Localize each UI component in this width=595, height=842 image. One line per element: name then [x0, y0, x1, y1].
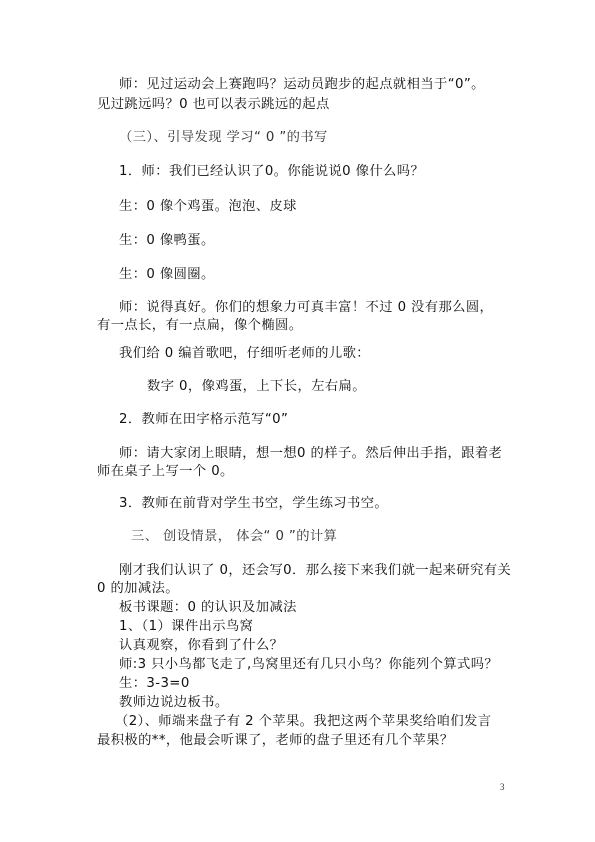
page-number: 3 — [500, 782, 505, 792]
text-line: 认真观察，你看到了什么？ — [119, 638, 283, 654]
text-line: 1、（1）课件出示鸟窝 — [119, 619, 253, 635]
text-line: 刚才我们认识了 0，还会写0．那么接下来我们就一起来研究有关 — [119, 563, 511, 579]
text-line: 3．教师在前背对学生书空，学生练习书空。 — [119, 496, 388, 512]
text-line: 0 的加减法。 — [97, 581, 179, 597]
text-line: 1．师：我们已经认识了0。你能说说0 像什么吗？ — [119, 164, 424, 180]
text-line: 生：3-3=0 — [119, 676, 190, 692]
text-line: 师：见过运动会上赛跑吗？运动员跑步的起点就相当于“0”。 — [119, 77, 485, 93]
text-line: 见过跳远吗？0 也可以表示跳远的起点 — [97, 97, 330, 113]
text-line: 师:3 只小鸟都飞走了,鸟窝里还有几只小鸟？你能列个算式吗？ — [119, 657, 498, 673]
text-line: 师在桌子上写一个 0。 — [97, 464, 234, 480]
text-line: 教师边说边板书。 — [119, 695, 229, 711]
text-line: 师：说得真好。你们的想象力可真丰富！不过 0 没有那么圆， — [119, 300, 493, 316]
rhyme-line: 数字 0，像鸡蛋，上下长，左右扁。 — [147, 379, 366, 395]
document-page: 师：见过运动会上赛跑吗？运动员跑步的起点就相当于“0”。 见过跳远吗？0 也可以… — [0, 0, 595, 842]
section-heading: 三、 创设情景， 体会“ 0 ”的计算 — [131, 529, 337, 545]
text-line: 我们给 0 编首歌吧，仔细听老师的儿歌： — [119, 346, 370, 362]
text-line: 2．教师在田字格示范写“0” — [119, 412, 288, 428]
text-line: 有一点长，有一点扁，像个椭圆。 — [97, 318, 302, 334]
text-line: 板书课题：0 的认识及加减法 — [119, 600, 297, 616]
text-line: 生：0 像圆圈。 — [119, 267, 215, 283]
text-line: 师：请大家闭上眼睛，想一想0 的样子。然后伸出手指，跟着老 — [119, 446, 502, 462]
section-heading: （三）、引导发现 学习“ 0 ”的书写 — [119, 130, 328, 146]
text-line: 生：0 像个鸡蛋。泡泡、皮球 — [119, 199, 297, 215]
text-line: 生：0 像鸭蛋。 — [119, 233, 215, 249]
text-line: （2）、师端来盘子有 2 个苹果。我把这两个苹果奖给咱们发言 — [115, 714, 491, 730]
text-line: 最积极的**，他最会听课了，老师的盘子里还有几个苹果？ — [97, 733, 454, 749]
